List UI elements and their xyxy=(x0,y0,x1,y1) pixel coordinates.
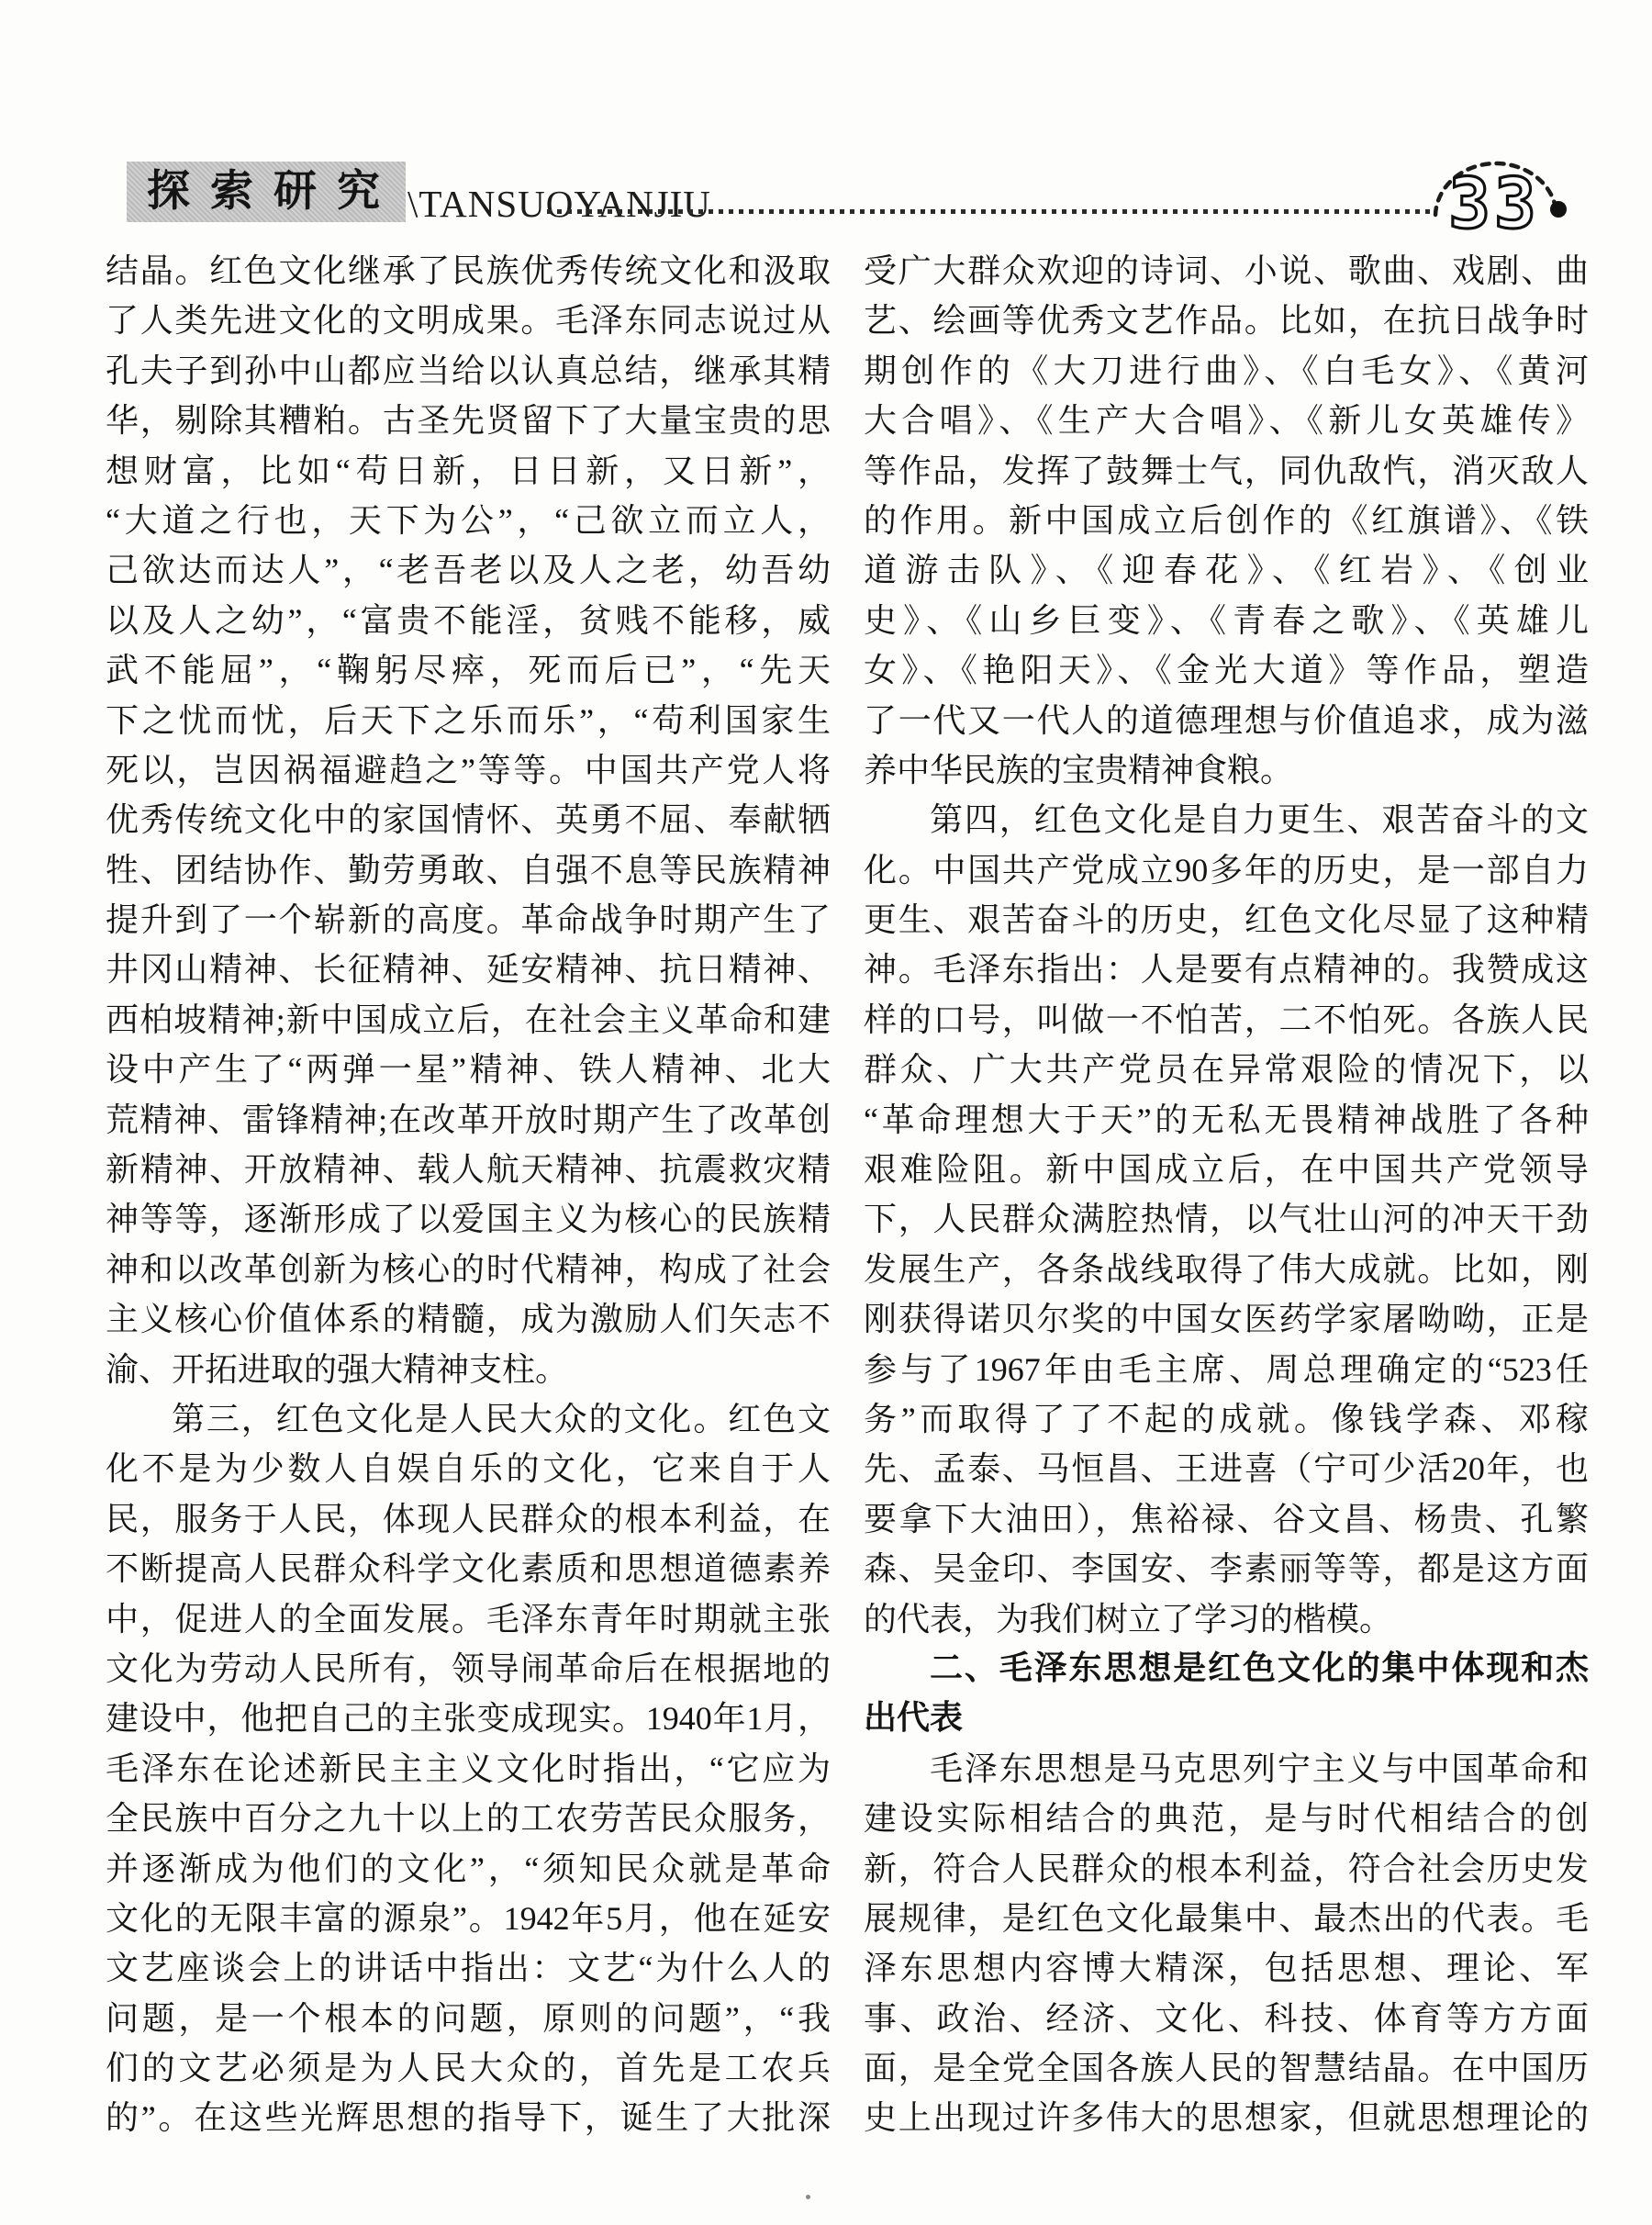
text-line: 化不是为少数人自娱自乐的文化，它来自于人 xyxy=(106,1444,831,1493)
text-line: 问题，是一个根本的问题，原则的问题”，“我 xyxy=(106,1994,831,2043)
text-line: 的代表，为我们树立了学习的楷模。 xyxy=(864,1594,1589,1644)
text-line: 以及人之幼”，“富贵不能淫，贫贱不能移，威 xyxy=(106,596,831,645)
text-line: 道游击队》、《迎春花》、《红岩》、《创业 xyxy=(864,545,1589,595)
text-line: 期创作的《大刀进行曲》、《白毛女》、《黄河 xyxy=(864,346,1589,396)
paragraph: 结晶。红色文化继承了民族优秀传统文化和汲取了人类先进文化的文明成果。毛泽东同志说… xyxy=(106,246,831,1394)
scanned-magazine-page: 探索研究 \TANSUOYANJIU 33 结晶。红色文化继承了民族优秀传统文化… xyxy=(0,0,1652,2225)
text-line: 主义核心价值体系的精髓，成为激励人们矢志不 xyxy=(106,1294,831,1344)
text-line: 神和以改革创新为核心的时代精神，构成了社会 xyxy=(106,1245,831,1294)
text-line: 己欲达而达人”，“老吾老以及人之老，幼吾幼 xyxy=(106,545,831,595)
text-line: 毛泽东思想是马克思列宁主义与中国革命和 xyxy=(864,1744,1589,1794)
text-line: 提升到了一个崭新的高度。革命战争时期产生了 xyxy=(106,895,831,945)
text-line: 大合唱》、《生产大合唱》、《新儿女英雄传》 xyxy=(864,396,1589,445)
paragraph: 第三，红色文化是人民大众的文化。红色文化不是为少数人自娱自乐的文化，它来自于人民… xyxy=(106,1394,831,2143)
text-line: 事、政治、经济、文化、科技、体育等方方面 xyxy=(864,1994,1589,2043)
text-line: 艰难险阻。新中国成立后，在中国共产党领导 xyxy=(864,1145,1589,1194)
text-line: 文艺座谈会上的讲话中指出：文艺“为什么人的 xyxy=(106,1943,831,1993)
section-heading: 二、毛泽东思想是红色文化的集中体现和杰出代表 xyxy=(864,1644,1589,1744)
text-line: 第三，红色文化是人民大众的文化。红色文 xyxy=(106,1394,831,1444)
text-line: 了一代又一代人的道德理想与价值追求，成为滋 xyxy=(864,696,1589,745)
text-line: 全民族中百分之九十以上的工农劳苦民众服务， xyxy=(106,1794,831,1843)
text-line: 孔夫子到孙中山都应当给以认真总结，继承其精 xyxy=(106,346,831,396)
text-line: 新，符合人民群众的根本利益，符合社会历史发 xyxy=(864,1844,1589,1894)
text-line: 养中华民族的宝贵精神食粮。 xyxy=(864,745,1589,795)
text-line: 华，剔除其糟粕。古圣先贤留下了大量宝贵的思 xyxy=(106,396,831,445)
text-line: 并逐渐成为他们的文化”，“须知民众就是革命 xyxy=(106,1844,831,1894)
text-line: 展规律，是红色文化最集中、最杰出的代表。毛 xyxy=(864,1894,1589,1943)
right-column: 受广大群众欢迎的诗词、小说、歌曲、戏剧、曲艺、绘画等优秀文艺作品。比如，在抗日战… xyxy=(864,246,1589,2143)
text-line: 受广大群众欢迎的诗词、小说、歌曲、戏剧、曲 xyxy=(864,246,1589,296)
text-line: 务”而取得了了不起的成就。像钱学森、邓稼 xyxy=(864,1394,1589,1444)
page-number: 33 xyxy=(1448,162,1540,240)
text-line: “革命理想大于天”的无私无畏精神战胜了各种 xyxy=(864,1095,1589,1145)
text-line: 牲、团结协作、勤劳勇敢、自强不息等民族精神 xyxy=(106,845,831,895)
text-line: 刚获得诺贝尔奖的中国女医药学家屠呦呦，正是 xyxy=(864,1294,1589,1344)
article-body: 结晶。红色文化继承了民族优秀传统文化和汲取了人类先进文化的文明成果。毛泽东同志说… xyxy=(106,246,1589,2143)
text-line: 神。毛泽东指出：人是要有点精神的。我赞成这 xyxy=(864,945,1589,994)
text-line: 发展生产，各条战线取得了伟大成就。比如，刚 xyxy=(864,1245,1589,1294)
text-line: 出代表 xyxy=(864,1694,1589,1743)
left-column: 结晶。红色文化继承了民族优秀传统文化和汲取了人类先进文化的文明成果。毛泽东同志说… xyxy=(106,246,831,2143)
text-line: 森、吴金印、李国安、李素丽等等，都是这方面 xyxy=(864,1544,1589,1593)
text-line: 样的口号，叫做一不怕苦，二不怕死。各族人民 xyxy=(864,995,1589,1045)
text-line: 建设中，他把自己的主张变成现实。1940年1月， xyxy=(106,1694,831,1743)
text-line: 文化的无限丰富的源泉”。1942年5月，他在延安 xyxy=(106,1894,831,1943)
text-line: 要拿下大油田），焦裕禄、谷文昌、杨贵、孔繁 xyxy=(864,1494,1589,1544)
text-line: 艺、绘画等优秀文艺作品。比如，在抗日战争时 xyxy=(864,296,1589,345)
text-line: 的作用。新中国成立后创作的《红旗谱》、《铁 xyxy=(864,496,1589,545)
text-line: 群众、广大共产党员在异常艰险的情况下，以 xyxy=(864,1045,1589,1094)
text-line: 等作品，发挥了鼓舞士气，同仇敌忾，消灭敌人 xyxy=(864,446,1589,496)
text-line: 民，服务于人民，体现人民群众的根本利益，在 xyxy=(106,1494,831,1544)
arc-end-dot-icon xyxy=(1550,201,1567,218)
text-line: 毛泽东在论述新民主主义文化时指出，“它应为 xyxy=(106,1744,831,1794)
text-line: 参与了1967年由毛主席、周总理确定的“523任 xyxy=(864,1345,1589,1394)
text-line: 不断提高人民群众科学文化素质和思想道德素养 xyxy=(106,1544,831,1593)
text-line: 武不能屈”，“鞠躬尽瘁，死而后已”，“先天 xyxy=(106,645,831,695)
text-line: “大道之行也，天下为公”，“己欲立而立人， xyxy=(106,496,831,545)
section-title-pinyin: \TANSUOYANJIU xyxy=(407,182,711,226)
text-line: 下之忧而忧，后天下之乐而乐”，“苟利国家生 xyxy=(106,696,831,745)
text-line: 史上出现过许多伟大的思想家，但就思想理论的 xyxy=(864,2093,1589,2142)
text-line: 二、毛泽东思想是红色文化的集中体现和杰 xyxy=(864,1644,1589,1694)
page-number-badge: 33 xyxy=(1421,134,1595,240)
paragraph: 毛泽东思想是马克思列宁主义与中国革命和建设实际相结合的典范，是与时代相结合的创新… xyxy=(864,1744,1589,2143)
paragraph: 受广大群众欢迎的诗词、小说、歌曲、戏剧、曲艺、绘画等优秀文艺作品。比如，在抗日战… xyxy=(864,246,1589,795)
text-line: 想财富，比如“苟日新，日日新，又日新”， xyxy=(106,446,831,496)
text-line: 设中产生了“两弹一星”精神、铁人精神、北大 xyxy=(106,1045,831,1094)
text-line: 第四，红色文化是自力更生、艰苦奋斗的文 xyxy=(864,795,1589,844)
text-line: 神等等，逐渐形成了以爱国主义为核心的民族精 xyxy=(106,1194,831,1244)
section-title-box: 探索研究 xyxy=(127,162,406,222)
text-line: 的”。在这些光辉思想的指导下，诞生了大批深 xyxy=(106,2093,831,2142)
text-line: 中，促进人的全面发展。毛泽东青年时期就主张 xyxy=(106,1594,831,1644)
text-line: 西柏坡精神;新中国成立后，在社会主义革命和建 xyxy=(106,995,831,1045)
text-line: 死以，岂因祸福避趋之”等等。中国共产党人将 xyxy=(106,745,831,795)
text-line: 荒精神、雷锋精神;在改革开放时期产生了改革创 xyxy=(106,1095,831,1145)
text-line: 井冈山精神、长征精神、延安精神、抗日精神、 xyxy=(106,945,831,994)
text-line: 文化为劳动人民所有，领导闹革命后在根据地的 xyxy=(106,1644,831,1694)
text-line: 先、孟泰、马恒昌、王进喜（宁可少活20年，也 xyxy=(864,1444,1589,1493)
text-line: 们的文艺必须是为人民大众的，首先是工农兵 xyxy=(106,2043,831,2093)
text-line: 女》、《艳阳天》、《金光大道》等作品，塑造 xyxy=(864,645,1589,695)
paragraph: 第四，红色文化是自力更生、艰苦奋斗的文化。中国共产党成立90多年的历史，是一部自… xyxy=(864,795,1589,1644)
text-line: 了人类先进文化的文明成果。毛泽东同志说过从 xyxy=(106,296,831,345)
text-line: 史》、《山乡巨变》、《青春之歌》、《英雄儿 xyxy=(864,596,1589,645)
text-line: 化。中国共产党成立90多年的历史，是一部自力 xyxy=(864,845,1589,895)
dotted-leader-line xyxy=(547,209,1430,214)
section-title: 探索研究 xyxy=(147,171,400,214)
text-line: 渝、开拓进取的强大精神支柱。 xyxy=(106,1345,831,1394)
text-line: 建设实际相结合的典范，是与时代相结合的创 xyxy=(864,1794,1589,1843)
text-line: 更生、艰苦奋斗的历史，红色文化尽显了这种精 xyxy=(864,895,1589,945)
text-line: 新精神、开放精神、载人航天精神、抗震救灾精 xyxy=(106,1145,831,1194)
text-line: 泽东思想内容博大精深，包括思想、理论、军 xyxy=(864,1943,1589,1993)
text-line: 面，是全党全国各族人民的智慧结晶。在中国历 xyxy=(864,2043,1589,2093)
text-line: 优秀传统文化中的家国情怀、英勇不屈、奉献牺 xyxy=(106,795,831,844)
text-line: 下，人民群众满腔热情，以气壮山河的冲天干劲 xyxy=(864,1194,1589,1244)
print-artifact-dot xyxy=(806,2195,810,2199)
text-line: 结晶。红色文化继承了民族优秀传统文化和汲取 xyxy=(106,246,831,296)
